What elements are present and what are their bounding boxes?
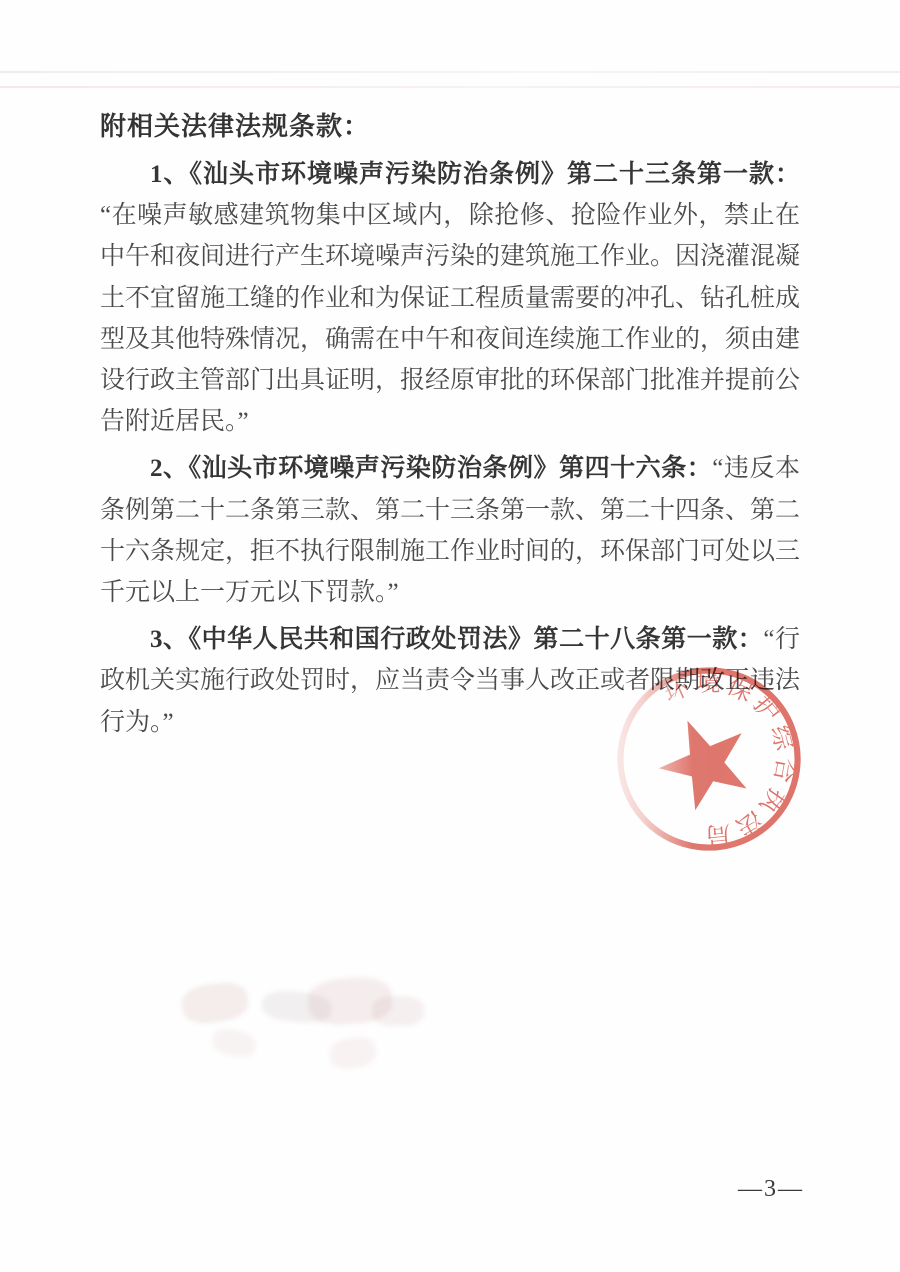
clause-1-citation: 1、《汕头市环境噪声污染防治条例》第二十三条第一款： xyxy=(150,161,800,188)
ink-bleed-mark xyxy=(328,1034,379,1072)
legal-clause-2: 2、《汕头市环境噪声污染防治条例》第四十六条：“违反本条例第二十二条第三款、第二… xyxy=(100,448,800,613)
scan-artifact-line xyxy=(0,86,900,88)
document-page: 附相关法律法规条款： 1、《汕头市环境噪声污染防治条例》第二十三条第一款：“在噪… xyxy=(0,0,900,1272)
attachment-heading: 附相关法律法规条款： xyxy=(100,106,800,148)
clause-2-citation: 2、《汕头市环境噪声污染防治条例》第四十六条： xyxy=(150,455,712,482)
ink-bleed-mark xyxy=(180,980,251,1027)
clause-3-citation: 3、《中华人民共和国行政处罚法》第二十八条第一款： xyxy=(150,626,763,653)
star-icon xyxy=(655,716,748,813)
ink-bleed-mark xyxy=(210,1026,258,1061)
official-red-seal: 环境保护综合执法局 xyxy=(606,656,812,862)
clause-1-text: “在噪声敏感建筑物集中区域内，除抢修、抢险作业外，禁止在中午和夜间进行产生环境噪… xyxy=(100,202,800,435)
page-number: —3— xyxy=(738,1176,804,1203)
attachment-text-block: 附相关法律法规条款： 1、《汕头市环境噪声污染防治条例》第二十三条第一款：“在噪… xyxy=(100,106,800,743)
seal-artwork: 环境保护综合执法局 xyxy=(620,669,800,849)
legal-clause-1: 1、《汕头市环境噪声污染防治条例》第二十三条第一款：“在噪声敏感建筑物集中区域内… xyxy=(100,154,800,442)
scan-artifact-line xyxy=(0,71,900,73)
ink-bleed-mark xyxy=(372,996,424,1026)
